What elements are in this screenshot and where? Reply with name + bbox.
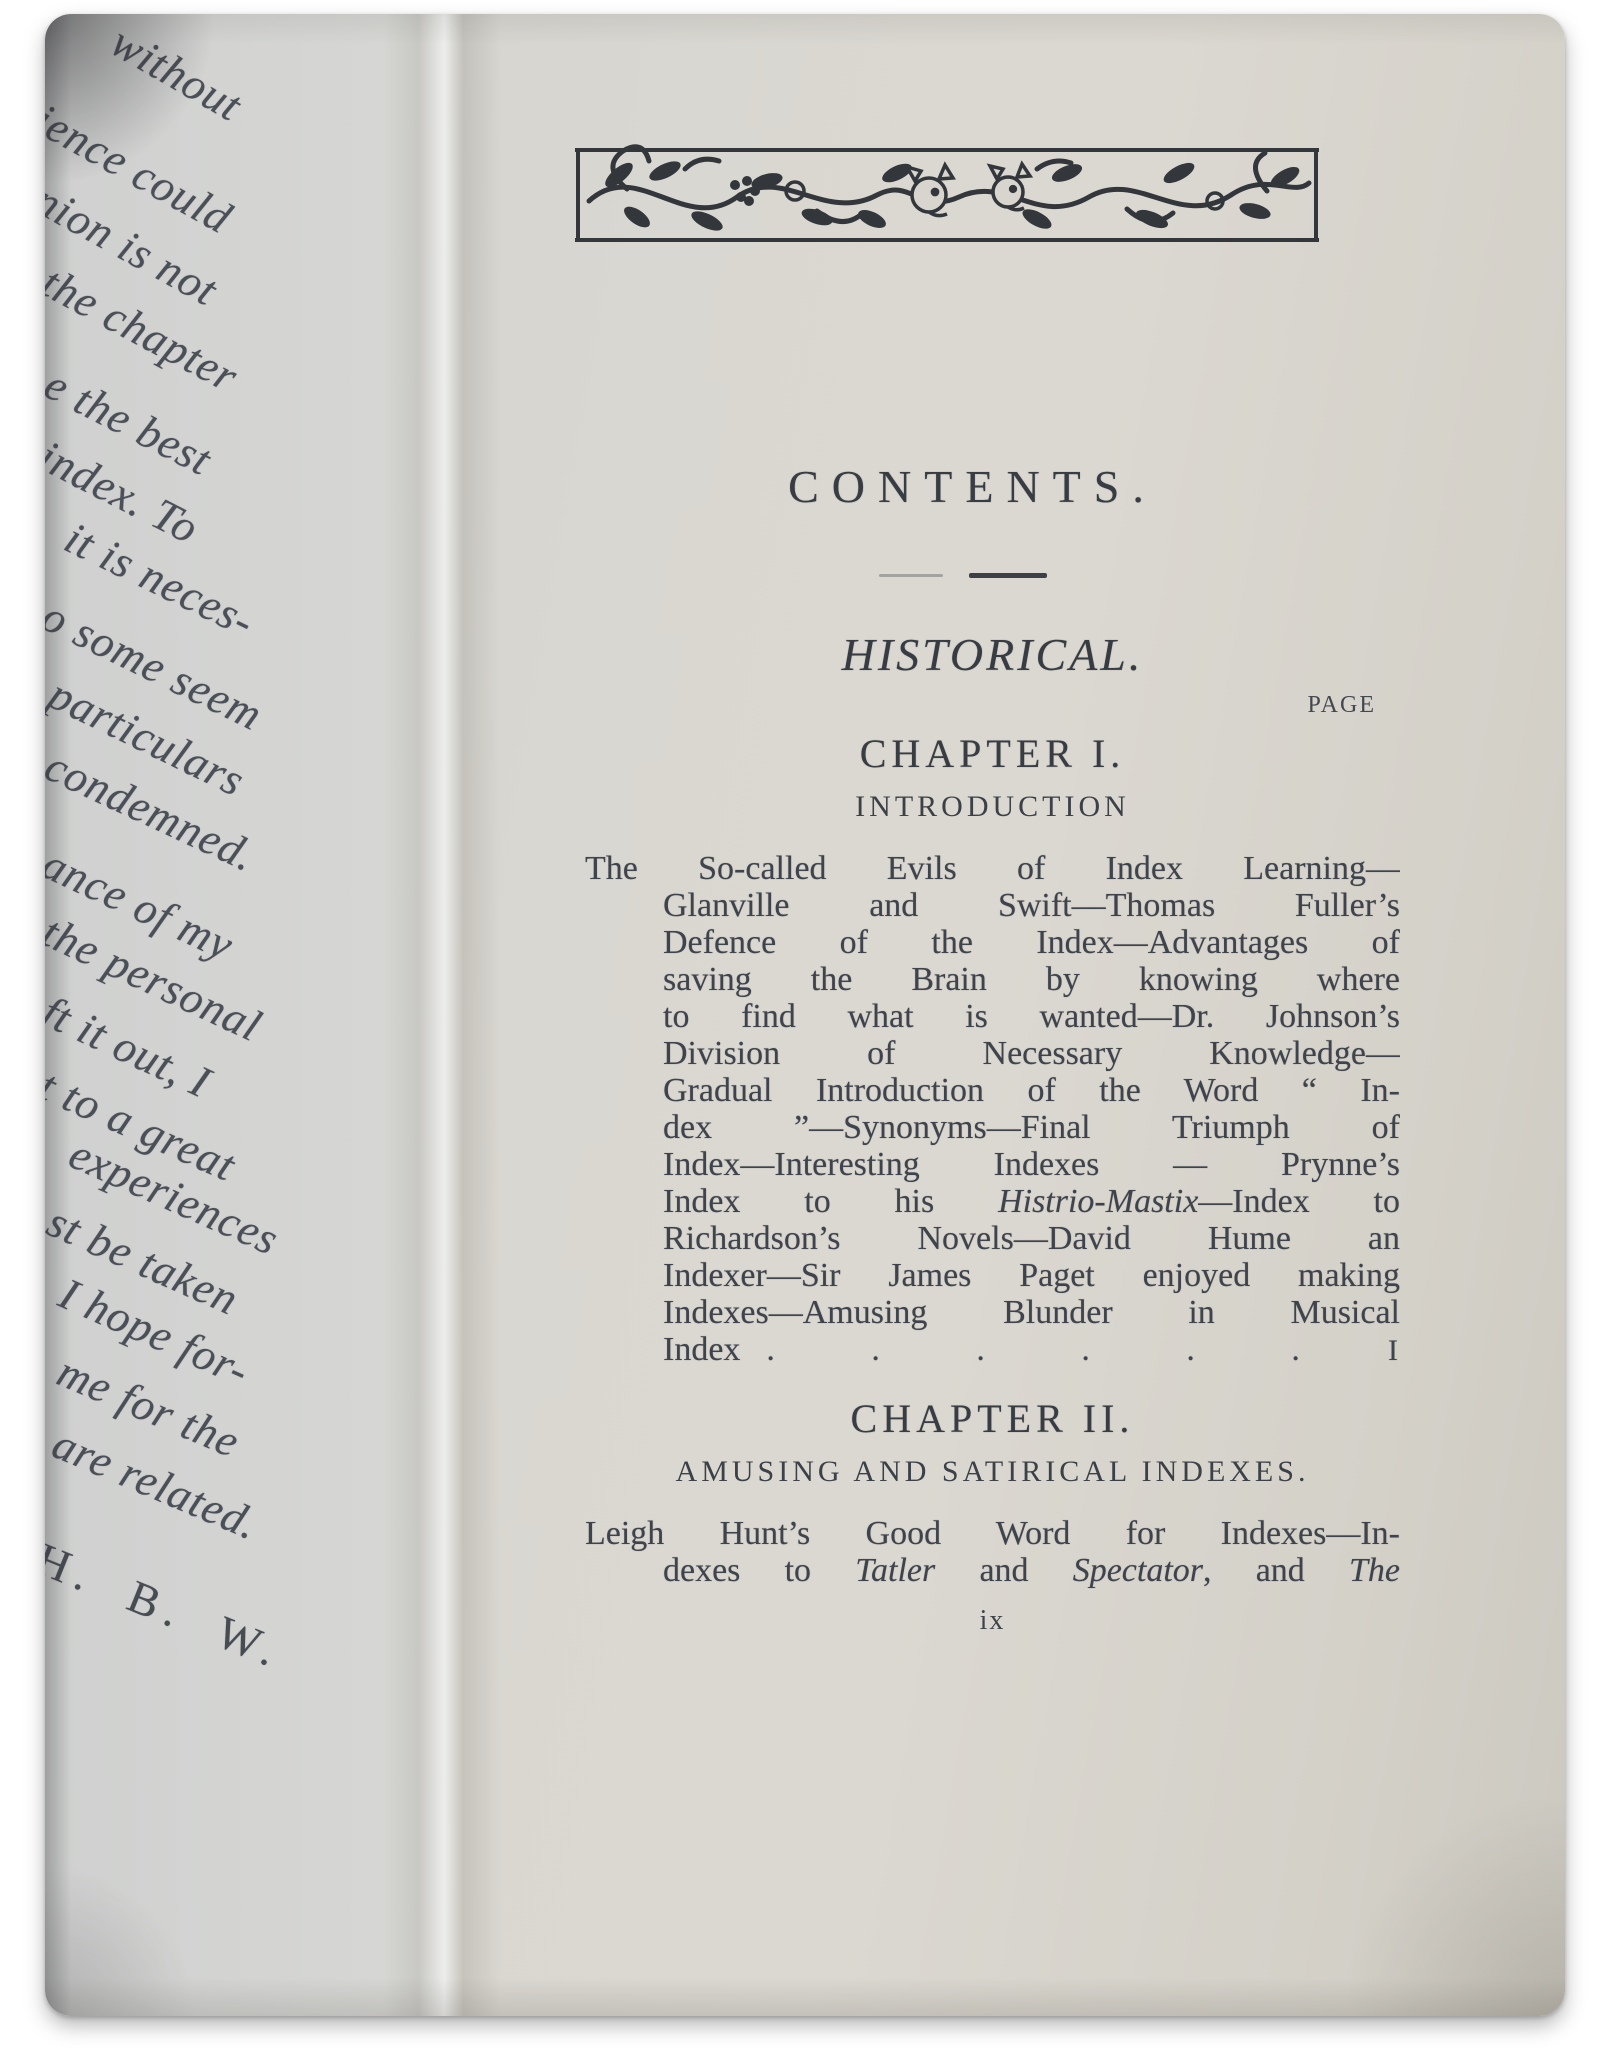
toc-line: Leigh Hunt’s Good Word for Indexes—In- [585,1515,1400,1552]
toc-line: Gradual Introduction of the Word “ In- [585,1072,1400,1109]
toc-line: Richardson’s Novels—David Hume an [585,1220,1400,1257]
creature-heads [907,164,1030,216]
text-segment: dexes to [663,1552,855,1589]
section-divider-dash [555,572,1370,578]
book-photograph-page: withoutience couldnion is notthe chapter… [0,0,1600,2048]
toc-line: Index to his Histrio-Mastix—Index to [585,1183,1400,1220]
text-segment: Glanville and Swift—Thomas Fuller’s [663,887,1400,924]
left-page-fragment: without [104,19,250,129]
chapter-list: CHAPTER I.INTRODUCTIONThe So-called Evil… [585,732,1400,1589]
text-segment: saving the Brain by knowing where [663,961,1400,998]
text-segment: Leigh Hunt’s Good Word for Indexes—In- [585,1515,1400,1552]
chapter-summary: Leigh Hunt’s Good Word for Indexes—In-de… [585,1515,1400,1589]
text-segment: The So-called Evils of Index Learning— [585,850,1400,887]
left-page-fragment: H. B. W. [45,1536,291,1677]
left-page: withoutience couldnion is notthe chapter… [45,14,450,2016]
chapter-heading: CHAPTER II. [585,1397,1400,1441]
text-segment: Richardson’s Novels—David Hume an [663,1220,1400,1257]
text-segment: Defence of the Index—Advantages of [663,924,1400,961]
toc-line: to find what is wanted—Dr. Johnson’s [585,998,1400,1035]
text-segment: Histrio-Mastix [998,1183,1198,1220]
text-segment: Division of Necessary Knowledge— [663,1035,1400,1072]
text-segment: The [1349,1552,1400,1589]
chapter-subheading: INTRODUCTION [585,790,1400,824]
divider-dash-bold [969,573,1047,578]
text-segment: —Index to [1198,1183,1400,1220]
open-book-photo: withoutience couldnion is notthe chapter… [45,14,1565,2016]
text-segment: Gradual Introduction of the Word “ In- [663,1072,1400,1109]
text-segment: Index to his [663,1183,998,1220]
text-segment: Indexes—Amusing Blunder in Musical [663,1294,1400,1331]
toc-line: Glanville and Swift—Thomas Fuller’s [585,887,1400,924]
chapter-page-number: I [1388,1332,1400,1369]
toc-line: Indexer—Sir James Paget enjoyed making [585,1257,1400,1294]
toc-line: saving the Brain by knowing where [585,961,1400,998]
toc-leader-line: Index. . . . . . .I [585,1331,1400,1369]
toc-line: Indexes—Amusing Blunder in Musical [585,1294,1400,1331]
floral-headpiece-ornament [567,138,1327,252]
chapter-heading: CHAPTER I. [585,732,1400,776]
text-segment: , and [1203,1552,1349,1589]
text-segment: to find what is wanted—Dr. Johnson’s [663,998,1400,1035]
section-heading: HISTORICAL. [585,632,1400,678]
text-segment: Tatler [855,1552,935,1589]
chapter-1-entry: CHAPTER I.INTRODUCTIONThe So-called Evil… [585,732,1400,1369]
toc-line: Defence of the Index—Advantages of [585,924,1400,961]
leader-label: Index [663,1331,740,1368]
text-segment: Spectator [1073,1552,1203,1589]
chapter-summary: The So-called Evils of Index Learning—Gl… [585,850,1400,1369]
toc-line: dexes to Tatler and Spectator, and The [585,1552,1400,1589]
text-segment: Index—Interesting Indexes — Prynne’s [663,1146,1400,1183]
toc-line: The So-called Evils of Index Learning— [585,850,1400,887]
toc-line: Division of Necessary Knowledge— [585,1035,1400,1072]
text-segment: dex ”—Synonyms—Final Triumph of [663,1109,1400,1146]
leader-dots: . . . . . . . [766,1331,1384,1368]
floral-woodcut-svg [567,138,1327,252]
text-segment: Indexer—Sir James Paget enjoyed making [663,1257,1400,1294]
divider-dash-faint [879,574,943,577]
folio-page-number: ix [585,1605,1400,1637]
text-segment: and [935,1552,1072,1589]
page-column-label: PAGE [585,692,1400,718]
toc-line: Index—Interesting Indexes — Prynne’s [585,1146,1400,1183]
page-title: CONTENTS. [565,464,1380,510]
toc-line: dex ”—Synonyms—Final Triumph of [585,1109,1400,1146]
chapter-2-entry: CHAPTER II.AMUSING AND SATIRICAL INDEXES… [585,1397,1400,1589]
chapter-subheading: AMUSING AND SATIRICAL INDEXES. [585,1455,1400,1489]
contents-page: CONTENTS. HISTORICAL. PAGE CHAPTER I.INT… [585,14,1400,1637]
